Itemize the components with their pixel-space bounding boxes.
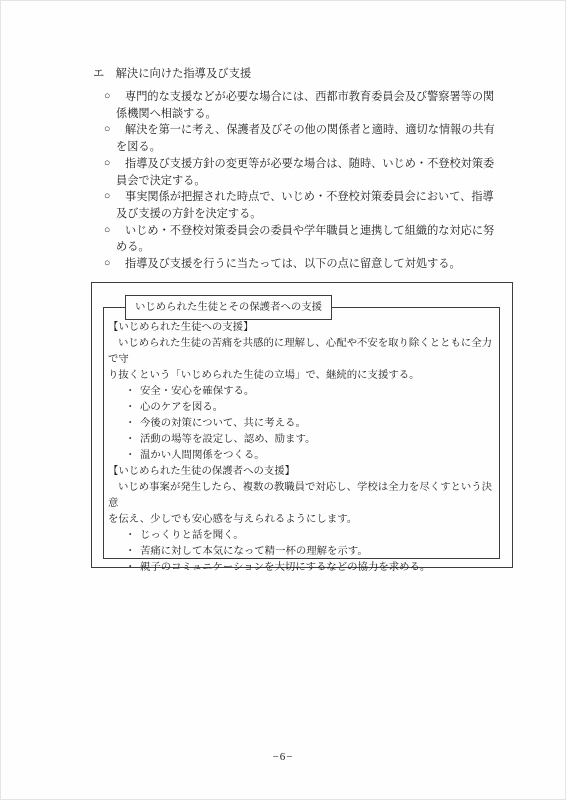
list-item-text: 専門的な支援などが必要な場合には、西都市教育委員会及び警察署等の関 係機関へ相談… [116, 89, 508, 122]
list-item-text: 解決を第一に考え、保護者及びその他の関係者と適時、適切な情報の共有 を図る。 [116, 122, 508, 155]
page-number: −6− [1, 751, 565, 763]
list-item-text: 活動の場等を設定し、認め、励ます。 [140, 432, 315, 448]
document-page: エ 解決に向けた指導及び支援 ○ 専門的な支援などが必要な場合には、西都市教育委… [0, 0, 566, 800]
support-box-title-tab: いじめられた生徒とその保護者への支援 [125, 295, 332, 320]
dot-bullet-icon: ・ [125, 384, 140, 400]
bullet-list: ○ 専門的な支援などが必要な場合には、西都市教育委員会及び警察署等の関 係機関へ… [104, 89, 514, 273]
list-item: ・ 心のケアを図る。 [108, 400, 496, 416]
list-item: ・ 親子のコミュニケーションを大切にするなどの協力を求める。 [108, 560, 496, 576]
dot-bullet-icon: ・ [125, 448, 140, 464]
dot-bullet-icon: ・ [125, 560, 140, 576]
subsection-header-guardian: 【いじめられた生徒の保護者への支援】 [108, 464, 496, 480]
list-item: ○ 指導及び支援を行うに当たっては、以下の点に留意して対処する。 [104, 256, 514, 273]
list-item: ○ 指導及び支援方針の変更等が必要な場合は、随時、いじめ・不登校対策委 員会で決… [104, 156, 514, 189]
section-heading: エ 解決に向けた指導及び支援 [93, 66, 251, 82]
list-item: ○ 専門的な支援などが必要な場合には、西都市教育委員会及び警察署等の関 係機関へ… [104, 89, 514, 122]
circle-bullet-icon: ○ [104, 89, 116, 106]
dot-bullet-icon: ・ [125, 544, 140, 560]
list-item-text: じっくりと話を聞く。 [140, 528, 244, 544]
list-item-text: 苦痛に対して本気になって精一杯の理解を示す。 [140, 544, 368, 560]
circle-bullet-icon: ○ [104, 156, 116, 173]
list-item-text: いじめ・不登校対策委員会の委員や学年職員と連携して組織的な対応に努 める。 [116, 223, 508, 256]
list-item-text: 指導及び支援を行うに当たっては、以下の点に留意して対処する。 [116, 256, 508, 273]
list-item-text: 心のケアを図る。 [140, 400, 223, 416]
list-item: ○ 事実関係が把握された時点で、いじめ・不登校対策委員会において、指導 及び支援… [104, 189, 514, 222]
list-item-text: 事実関係が把握された時点で、いじめ・不登校対策委員会において、指導 及び支援の方… [116, 189, 508, 222]
list-item-text: 指導及び支援方針の変更等が必要な場合は、随時、いじめ・不登校対策委 員会で決定す… [116, 156, 508, 189]
list-item: ・ 安全・安心を確保する。 [108, 384, 496, 400]
subsection-paragraph: いじめ事案が発生したら、複数の教職員で対応し、学校は全力を尽くすという決意 を伝… [108, 480, 496, 528]
dot-bullet-icon: ・ [125, 400, 140, 416]
circle-bullet-icon: ○ [104, 189, 116, 206]
list-item: ○ いじめ・不登校対策委員会の委員や学年職員と連携して組織的な対応に努 める。 [104, 223, 514, 256]
list-item: ○ 解決を第一に考え、保護者及びその他の関係者と適時、適切な情報の共有 を図る。 [104, 122, 514, 155]
list-item-text: 親子のコミュニケーションを大切にするなどの協力を求める。 [140, 560, 430, 576]
support-box: いじめられた生徒とその保護者への支援 【いじめられた生徒への支援】 いじめられた… [91, 282, 513, 568]
subsection-header-student: 【いじめられた生徒への支援】 [108, 320, 496, 336]
list-item: ・ 今後の対策について、共に考える。 [108, 416, 496, 432]
list-item: ・ 活動の場等を設定し、認め、励ます。 [108, 432, 496, 448]
circle-bullet-icon: ○ [104, 256, 116, 273]
subsection-paragraph: いじめられた生徒の苦痛を共感的に理解し、心配や不安を取り除くとともに全力で守 り… [108, 336, 496, 384]
dot-bullet-icon: ・ [125, 432, 140, 448]
dot-bullet-icon: ・ [125, 416, 140, 432]
support-box-content: 【いじめられた生徒への支援】 いじめられた生徒の苦痛を共感的に理解し、心配や不安… [108, 320, 496, 576]
circle-bullet-icon: ○ [104, 223, 116, 240]
list-item-text: 温かい人間関係をつくる。 [140, 448, 265, 464]
list-item-text: 安全・安心を確保する。 [140, 384, 254, 400]
dot-bullet-icon: ・ [125, 528, 140, 544]
list-item-text: 今後の対策について、共に考える。 [140, 416, 306, 432]
circle-bullet-icon: ○ [104, 122, 116, 139]
list-item: ・ じっくりと話を聞く。 [108, 528, 496, 544]
list-item: ・ 温かい人間関係をつくる。 [108, 448, 496, 464]
list-item: ・ 苦痛に対して本気になって精一杯の理解を示す。 [108, 544, 496, 560]
